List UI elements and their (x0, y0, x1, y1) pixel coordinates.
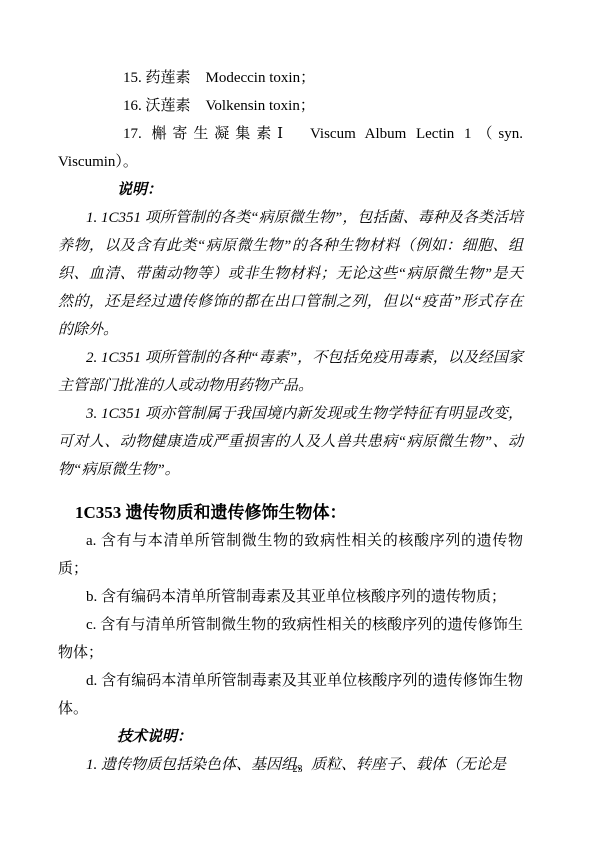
note-paragraph-1: 1. 1C351 项所管制的各类“病原微生物”，包括菌、毒种及各类活培养物，以及… (58, 204, 523, 344)
section-item-b: b. 含有编码本清单所管制毒素及其亚单位核酸序列的遗传物质； (58, 583, 523, 611)
note-paragraph-2: 2. 1C351 项所管制的各种“毒素”，不包括免疫用毒素，以及经国家主管部门批… (58, 344, 523, 400)
toxin-list-item-16: 16. 沃莲素 Volkensin toxin； (58, 92, 523, 120)
page-content: 15. 药莲素 Modeccin toxin； 16. 沃莲素 Volkensi… (58, 64, 523, 779)
section-item-d: d. 含有编码本清单所管制毒素及其亚单位核酸序列的遗传修饰生物体。 (58, 667, 523, 723)
toxin-list-item-15: 15. 药莲素 Modeccin toxin； (58, 64, 523, 92)
section-item-a: a. 含有与本清单所管制微生物的致病性相关的核酸序列的遗传物质； (58, 527, 523, 583)
section-heading-1c353: 1C353 遗传物质和遗传修饰生物体： (58, 499, 523, 527)
tech-notes-label: 技术说明： (58, 723, 523, 751)
note-paragraph-3: 3. 1C351 项亦管制属于我国境内新发现或生物学特征有明显改变，可对人、动物… (58, 400, 523, 484)
notes-label: 说明： (58, 176, 523, 204)
page-number: 23 (0, 763, 595, 777)
toxin-list-item-17: 17. 槲寄生凝集素Ⅰ Viscum Album Lectin 1（syn. V… (58, 120, 523, 176)
document-page: 15. 药莲素 Modeccin toxin； 16. 沃莲素 Volkensi… (0, 0, 595, 841)
section-item-c: c. 含有与清单所管制微生物的致病性相关的核酸序列的遗传修饰生物体； (58, 611, 523, 667)
